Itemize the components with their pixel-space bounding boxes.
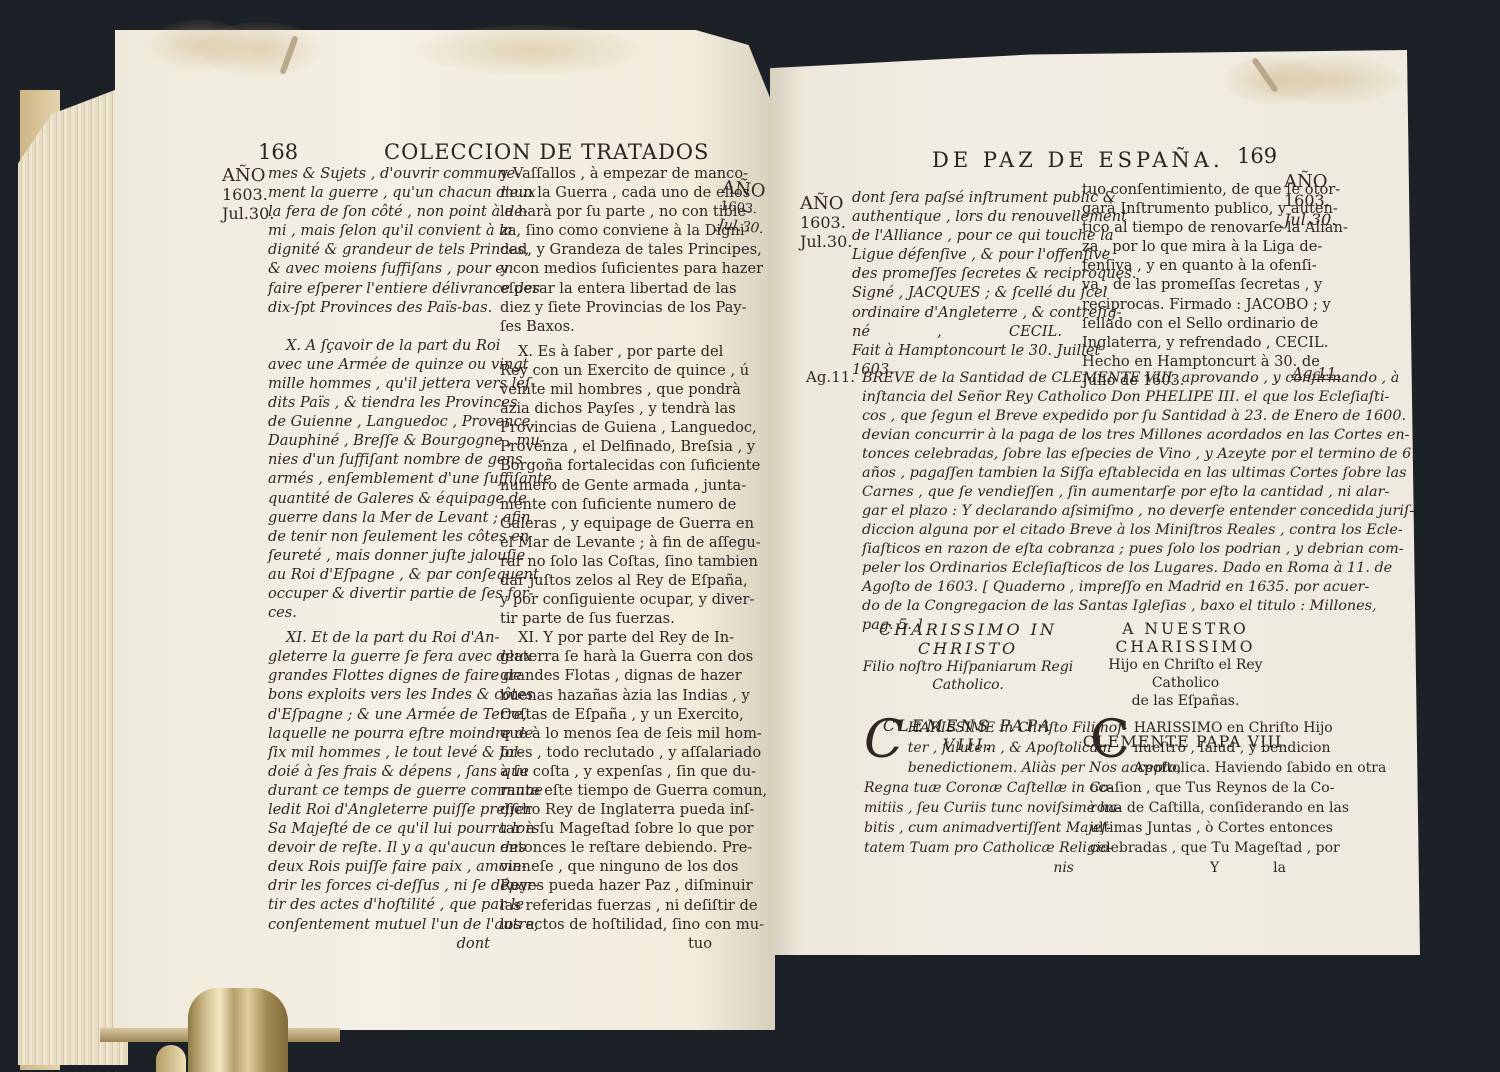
text-line: laquelle ne pourra eſtre moindre de xyxy=(268,724,490,743)
text-line: avec une Armée de quinze ou vingt xyxy=(268,355,490,374)
text-line: XI. Y por parte del Rey de In- xyxy=(500,628,712,647)
brass-clasp-tip xyxy=(156,1045,186,1072)
text-line: armés , enſemblement d'une ſuffiſante xyxy=(268,469,490,488)
text-line: años , pagaſſen tambien la Siſſa eſtable… xyxy=(862,464,1284,483)
text-line: Agoſto de 1603. [ Quaderno , impreſſo en… xyxy=(862,578,1284,597)
text-line: d'Eſpagne ; & une Armée de Terre, xyxy=(268,705,490,724)
text-line: los actos de hoſtilidad, ſino con mu- xyxy=(500,915,712,934)
text-line: guerre dans la Mer de Levant ; afin xyxy=(268,508,490,527)
spanish-letter-column: C HARISSIMO en Chriſto Hijonueſtro , ſal… xyxy=(1090,718,1286,878)
french-text-column: mes & Sujets , d'ouvrir commune-ment la … xyxy=(268,164,490,953)
text-line: tatem Tuam pro Catholicæ Religio- xyxy=(864,838,1074,858)
text-line: diccion alguna por el citado Breve à los… xyxy=(862,521,1284,540)
text-line: ſeureté , mais donner juſte jalouſie xyxy=(268,546,490,565)
catchword: tuo xyxy=(500,934,712,953)
text-line: ment la guerre , qu'un chacun d'eux xyxy=(268,183,490,202)
text-line: ordinaire d'Angleterre , & contreſig- xyxy=(852,303,1062,322)
text-line: celebradas , que Tu Mageſtad , por xyxy=(1090,838,1286,858)
text-line: numero de Gente armada , junta- xyxy=(500,476,712,495)
water-stain xyxy=(420,25,640,75)
text-line: tico al tiempo de renovarſe la Alian- xyxy=(1082,218,1280,237)
french-text-column: dont ſera paſsé inſtrument public &authe… xyxy=(852,188,1062,379)
text-line: ces. xyxy=(268,603,490,622)
breve-summary-paragraph: BREVE de la Santidad de CLEMENTE VIII. a… xyxy=(862,369,1284,635)
text-line: do de la Congregacion de las Santas Igle… xyxy=(862,597,1284,616)
text-line: bres , todo reclutado , y aſſalariado xyxy=(500,743,712,762)
text-line: gleterre la guerre ſe fera avec deux xyxy=(268,647,490,666)
margin-note-date: Ag.11. xyxy=(806,368,855,387)
text-line: inſtancia del Señor Rey Catholico Don PH… xyxy=(862,388,1284,407)
text-line: tir parte de ſus fuerzas. xyxy=(500,609,712,628)
text-line: devoir de reſte. Il y a qu'aucun des xyxy=(268,838,490,857)
text-line: durant ce temps de guerre commune xyxy=(268,781,490,800)
text-line: mitiis , ſeu Curiis tunc noviſsimè ha- xyxy=(864,798,1074,818)
drop-cap: C xyxy=(864,720,904,760)
catchword: dont xyxy=(268,934,490,953)
text-line: rona de Caſtilla, conſiderando en las xyxy=(1090,798,1286,818)
margin-note-date: AÑO 1603. Jul.30. xyxy=(222,166,274,223)
text-line: Dauphiné , Breſſe & Bourgogne , mu- xyxy=(268,431,490,450)
text-line: vieneſe , que ninguno de los dos xyxy=(500,857,712,876)
text-line: deux Rois puiſſe faire paix , amoin- xyxy=(268,857,490,876)
text-line: dits Païs , & tiendra les Provinces xyxy=(268,393,490,412)
text-line: las referidas fuerzas , ni deſiſtir de xyxy=(500,896,712,915)
text-line: Coſtas de Eſpaña , y un Exercito, xyxy=(500,705,712,724)
water-stain xyxy=(1260,55,1400,105)
text-line: au Roi d'Eſpagne , & par conſequent xyxy=(268,565,490,584)
text-line: buenas hazañas àzia las Indias , y xyxy=(500,686,712,705)
text-line: veinte mil hombres , que pondrà xyxy=(500,380,712,399)
text-line: doié à ſes frais & dépens , ſans que xyxy=(268,762,490,781)
text-line: BREVE de la Santidad de CLEMENTE VIII. a… xyxy=(862,369,1284,388)
text-line: de tenir non ſeulement les côtes en xyxy=(268,527,490,546)
text-line: ledit Roi d'Angleterre puiſſe preſſer xyxy=(268,800,490,819)
text-line: za , por lo que mira à la Liga de- xyxy=(1082,237,1280,256)
text-line: Sa Majeſté de ce qu'il lui pourra lors xyxy=(268,819,490,838)
text-line: des promeſſes ſecretes & reciproques. xyxy=(852,264,1062,283)
text-line: Signé , JACQUES ; & ſcellé du ſcel xyxy=(852,283,1062,302)
text-line: tonces celebradas, ſobre las eſpecies de… xyxy=(862,445,1284,464)
latin-letter-column: C HARISSIME in Chriſto Fili noſ-ter , ſa… xyxy=(864,718,1074,878)
text-line: faire eſperer l'entiere délivrance des xyxy=(268,279,490,298)
water-stain xyxy=(200,22,320,77)
text-line: à ſu coſta , y expenſas , ſin que du- xyxy=(500,762,712,781)
text-line: za, ſino como conviene à la Digni- xyxy=(500,221,712,240)
text-line: fenſiva , y en quanto à la ofenſi- xyxy=(1082,256,1280,275)
text-line: Provincias de Guiena , Languedoc, xyxy=(500,418,712,437)
text-line: eſperar la entera libertad de las xyxy=(500,279,712,298)
drop-cap: C xyxy=(1090,720,1130,760)
text-line: va , de las promeſſas ſecretas , y xyxy=(1082,275,1280,294)
text-line: rar no ſolo las Coſtas, ſino tambien xyxy=(500,552,712,571)
text-line: dont ſera paſsé inſtrument public & xyxy=(852,188,1062,207)
text-line: ſix mil hommes , le tout levé & ſol- xyxy=(268,743,490,762)
text-line: mun la Guerra , cada uno de ellos xyxy=(500,183,712,202)
text-line: mi , mais ſelon qu'il convient à la xyxy=(268,221,490,240)
text-line: glaterra ſe harà la Guerra con dos xyxy=(500,647,712,666)
text-line: tar à ſu Mageſtad ſobre lo que por xyxy=(500,819,712,838)
text-line: conſentement mutuel l'un de l'autre, xyxy=(268,915,490,934)
text-line: la fera de ſon côté , non point à de- xyxy=(268,202,490,221)
text-line: grandes Flotas , dignas de hazer xyxy=(500,666,712,685)
text-line: rante eſte tiempo de Guerra comun, xyxy=(500,781,712,800)
text-line: X. Es à ſaber , por parte del xyxy=(500,342,712,361)
text-line: tir des actes d'hoſtilité , que par le xyxy=(268,895,490,914)
page-number-right: 169 xyxy=(1237,144,1277,168)
text-line: dignité & grandeur de tels Princes, xyxy=(268,240,490,259)
brass-clasp xyxy=(188,988,288,1072)
signature-and-catchword: Yla xyxy=(1090,858,1286,878)
text-line: garà Inſtrumento publico, y auten- xyxy=(1082,199,1280,218)
running-head-right: DE PAZ DE ESPAÑA. xyxy=(932,148,1224,172)
signature-mark: Y xyxy=(1210,858,1219,878)
text-line: Ligue défenſive , & pour l'offenſive xyxy=(852,245,1062,264)
catchword: nis xyxy=(864,858,1074,878)
text-line: grandes Flottes dignes de faire de xyxy=(268,666,490,685)
text-line: bitis , cum animadvertiſſent Majeſ- xyxy=(864,818,1074,838)
running-head-left: COLECCION DE TRATADOS xyxy=(384,140,709,164)
text-line: né , CECIL. xyxy=(852,322,1062,341)
text-line: y con medios ſuficientes para hazer xyxy=(500,259,712,278)
text-line: ſes Baxos. xyxy=(500,317,712,336)
text-line: dad, y Grandeza de tales Principes, xyxy=(500,240,712,259)
text-line: mille hommes , qu'il jettera vers leſ- xyxy=(268,374,490,393)
text-line: dar juſtos zelos al Rey de Eſpaña, xyxy=(500,571,712,590)
text-line: mes & Sujets , d'ouvrir commune- xyxy=(268,164,490,183)
text-line: tuo conſentimiento, de que ſe otor- xyxy=(1082,180,1280,199)
text-line: Carnes , que ſe vendieſſen , ſin aumenta… xyxy=(862,483,1284,502)
book-photograph: 168 COLECCION DE TRATADOS AÑO 1603. Jul.… xyxy=(0,0,1500,1072)
text-line: ſellado con el Sello ordinario de xyxy=(1082,314,1280,333)
text-line: Reyes pueda hazer Paz , diſminuir xyxy=(500,876,712,895)
text-line: nies d'un ſuffiſant nombre de gens xyxy=(268,450,490,469)
text-line: Borgoña fortalecidas con ſuficiente xyxy=(500,456,712,475)
text-line: drir les forces ci-deſſus , ni ſe dépar- xyxy=(268,876,490,895)
text-line: Provenza , el Delfinado, Breſsia , y xyxy=(500,437,712,456)
text-line: entonces le reſtare debiendo. Pre- xyxy=(500,838,712,857)
text-line: que à lo menos ſea de ſeis mil hom- xyxy=(500,724,712,743)
spanish-heading: A NUESTRO CHARISSIMO xyxy=(1078,620,1293,656)
text-line: Fait à Hamptoncourt le 30. Juillet xyxy=(852,341,1062,360)
text-line: Rey con un Exercito de quince , ú xyxy=(500,361,712,380)
text-line: ſiaſticos en razon de eſta cobranza ; pu… xyxy=(862,540,1284,559)
text-line: bons exploits vers les Indes & côtes xyxy=(268,685,490,704)
text-line: devian concurrir à la paga de los tres M… xyxy=(862,426,1284,445)
text-line: occuper & divertir partie de ſes for- xyxy=(268,584,490,603)
text-line: peler los Ordinarios Ecleſiaſticos de lo… xyxy=(862,559,1284,578)
spanish-text-column: y Vaſſallos , à empezar de manco-mun la … xyxy=(500,164,712,953)
page-number-left: 168 xyxy=(258,140,298,164)
text-line: ocaſion , que Tus Reynos de la Co- xyxy=(1090,778,1286,798)
text-line: Regna tuæ Coronæ Caſtellæ in Co- xyxy=(864,778,1074,798)
text-line: X. A ſçavoir de la part du Roi xyxy=(268,336,490,355)
book-fore-edge xyxy=(18,85,128,1065)
text-line: àzia dichos Payſes , y tendrà las xyxy=(500,399,712,418)
text-line: y Vaſſallos , à empezar de manco- xyxy=(500,164,712,183)
text-line: de l'Alliance , pour ce qui touche la xyxy=(852,226,1062,245)
text-line: reciprocas. Firmado : JACOBO ; y xyxy=(1082,295,1280,314)
text-line: Inglaterra, y refrendado , CECIL. xyxy=(1082,333,1280,352)
text-line: cos , que ſegun el Breve expedido por ſu… xyxy=(862,407,1284,426)
text-line: quantité de Galeres & équipage de xyxy=(268,489,490,508)
spanish-text-column: tuo conſentimiento, de que ſe otor-garà … xyxy=(1082,180,1280,390)
text-line: la harà por ſu parte , no con tibie- xyxy=(500,202,712,221)
text-line: el Mar de Levante ; à fin de aſſegu- xyxy=(500,533,712,552)
text-line: gar el plazo : Y declarando aſsimiſmo , … xyxy=(862,502,1284,521)
text-line: dix-ſpt Provinces des Païs-bas. xyxy=(268,298,490,317)
text-line: y por conſiguiente ocupar, y diver- xyxy=(500,590,712,609)
text-line: XI. Et de la part du Roi d'An- xyxy=(268,628,490,647)
text-line: & avec moiens ſuffiſans , pour en xyxy=(268,259,490,278)
text-line: ultimas Juntas , ò Cortes entonces xyxy=(1090,818,1286,838)
margin-note-date: AÑO 1603. Jul.30. xyxy=(800,194,852,251)
text-line: diez y ſiete Provincias de los Pay- xyxy=(500,298,712,317)
paragraph-gap xyxy=(268,317,490,336)
text-line: mente con ſuficiente numero de xyxy=(500,495,712,514)
text-line: Galeras , y equipage de Guerra en xyxy=(500,514,712,533)
text-line: de Guienne , Languedoc , Provence, xyxy=(268,412,490,431)
text-line: dicho Rey de Inglaterra pueda inſ- xyxy=(500,800,712,819)
catchword: la xyxy=(1273,858,1286,878)
text-line: authentique , lors du renouvellement xyxy=(852,207,1062,226)
latin-heading: CHARISSIMO IN CHRISTO xyxy=(858,620,1078,658)
